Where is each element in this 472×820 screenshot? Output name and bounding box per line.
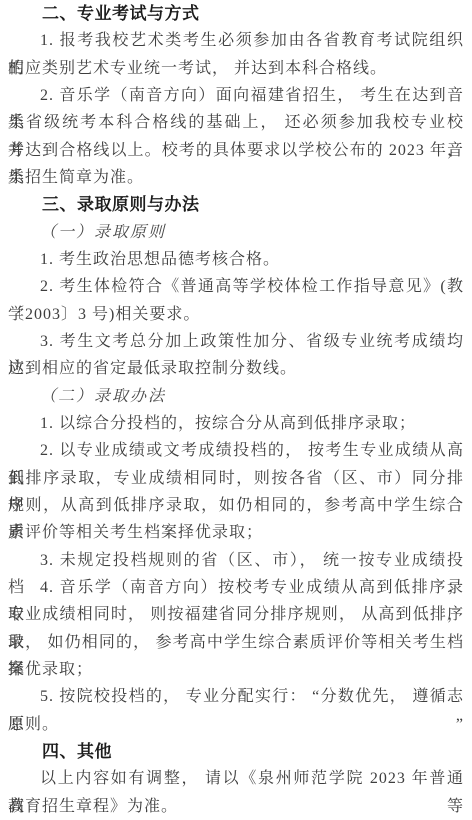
text-line: 2. 音乐学（南音方向）面向福建省招生， 考生在达到音乐	[8, 82, 464, 109]
text-line: 〔2003〕3 号)相关要求。	[8, 301, 464, 328]
section-heading-exam-method: 二、专业考试与方式	[8, 0, 464, 27]
text-line: 1. 以综合分投档的，按综合分从高到低排序录取；	[8, 410, 464, 437]
text-line: 以上内容如有调整， 请以《泉州师范学院 2023 年普通高等	[8, 765, 464, 792]
text-line: 4. 音乐学（南音方向）按校考专业成绩从高到低排序录取，	[8, 574, 464, 601]
section-heading-admission-rules: 三、录取原则与办法	[8, 191, 464, 218]
text-line: 低排序录取，专业成绩相同时，则按各省（区、市）同分排序	[8, 465, 464, 492]
subheading-admission-principles: （一）录取原则	[8, 219, 464, 246]
text-line: 择优录取；	[8, 656, 464, 683]
text-line: 3. 考生文考总分加上政策性加分、省级专业统考成绩均应	[8, 328, 464, 355]
text-line: 3. 未规定投档规则的省（区、市）， 统一按专业成绩投档；	[8, 547, 464, 574]
subheading-admission-methods: （二）录取办法	[8, 383, 464, 410]
document-page: 二、专业考试与方式 1. 报考我校艺术类考生必须参加由各省教育考试院组织的 相应…	[0, 0, 472, 820]
text-line: 2. 考生体检符合《普通高等学校体检工作指导意见》(教学	[8, 273, 464, 300]
text-line: 类招生简章为准。	[8, 164, 464, 191]
text-line: 达到相应的省定最低录取控制分数线。	[8, 355, 464, 382]
text-line: 5. 按院校投档的， 专业分配实行： “分数优先， 遵循志愿”	[8, 683, 464, 710]
text-line: 类省级统考本科合格线的基础上， 还必须参加我校专业校考，	[8, 109, 464, 136]
text-line: 1. 考生政治思想品德考核合格。	[8, 246, 464, 273]
text-line: 并达到合格线以上。校考的具体要求以学校公布的 2023 年音乐	[8, 137, 464, 164]
text-line: 专业成绩相同时， 则按福建省同分排序规则， 从高到低排序录	[8, 601, 464, 628]
text-line: 2. 以专业成绩或文考成绩投档的， 按考生专业成绩从高到	[8, 437, 464, 464]
text-line: 规则，从高到低排序录取，如仍相同的，参考高中学生综合素	[8, 492, 464, 519]
text-line: 取， 如仍相同的， 参考高中学生综合素质评价等相关考生档案	[8, 629, 464, 656]
text-line: 相应类别艺术专业统一考试， 并达到本科合格线。	[8, 55, 464, 82]
text-line: 质评价等相关考生档案择优录取；	[8, 519, 464, 546]
text-line: 1. 报考我校艺术类考生必须参加由各省教育考试院组织的	[8, 27, 464, 54]
section-heading-other: 四、其他	[8, 738, 464, 765]
